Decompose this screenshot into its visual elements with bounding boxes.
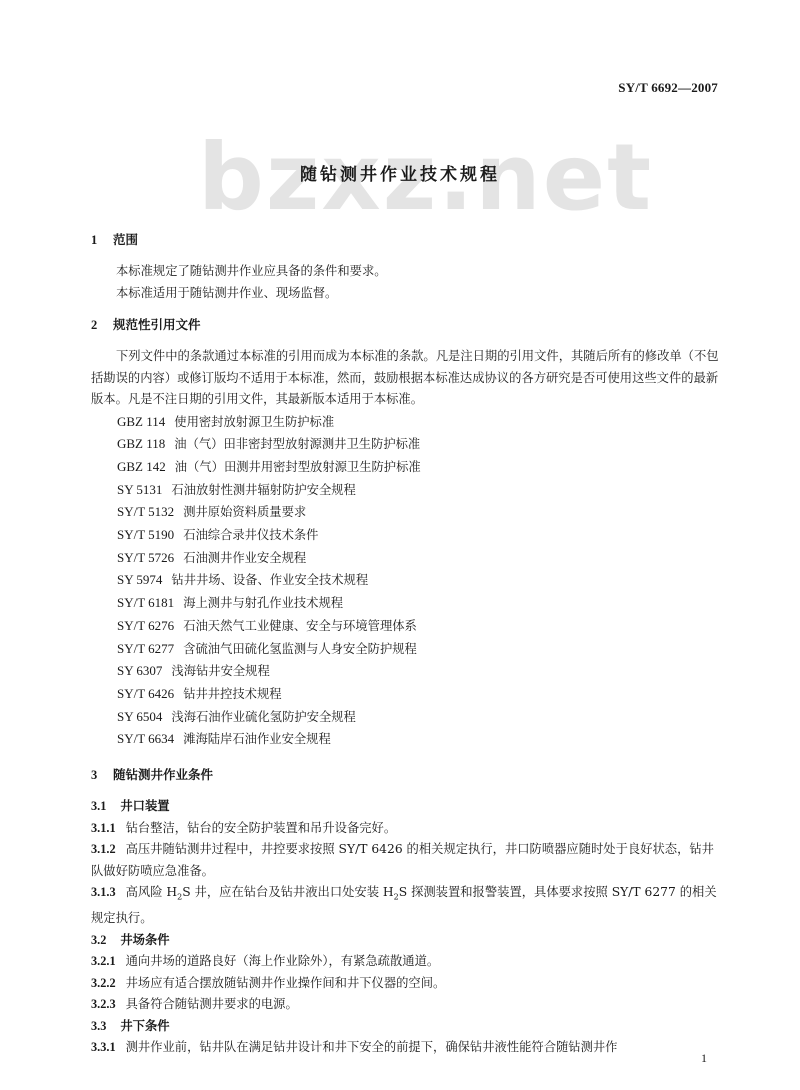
- reference-title: 浅海钻井安全规程: [171, 664, 269, 678]
- clause-text: 具备符合随钻测井要求的电源。: [126, 997, 298, 1011]
- reference-item: SY/T 6277含硫油气田硫化氢监测与人身安全防护规程: [117, 638, 721, 661]
- page-number: 1: [701, 1051, 707, 1066]
- clause: 3.3.1测井作业前，钻井队在满足钻井设计和井下安全的前提下，确保钻井液性能符合…: [91, 1037, 721, 1059]
- reference-code: SY 6504: [117, 706, 162, 728]
- reference-title: 石油测井作业安全规程: [183, 551, 306, 565]
- subsection-heading: 3.2井场条件: [91, 930, 721, 952]
- reference-title: 海上测井与射孔作业技术规程: [183, 596, 343, 610]
- clause-number: 3.1.2: [91, 842, 116, 856]
- subsection-number: 3.2: [91, 933, 106, 947]
- reference-code: SY/T 6634: [117, 728, 174, 750]
- reference-title: 石油综合录井仪技术条件: [183, 528, 318, 542]
- reference-code: GBZ 142: [117, 456, 166, 478]
- subsection-title: 井下条件: [120, 1019, 169, 1033]
- reference-code: SY 6307: [117, 660, 162, 682]
- reference-title: 测井原始资料质量要求: [183, 505, 306, 519]
- reference-title: 滩海陆岸石油作业安全规程: [183, 732, 331, 746]
- reference-item: SY 5131石油放射性测井辐射防护安全规程: [117, 479, 721, 502]
- clause-text: 高压井随钻测井过程中，井控要求按照 SY/T 6426 的相关规定执行，井口防喷…: [91, 842, 714, 878]
- reference-item: GBZ 118油（气）田非密封型放射源测井卫生防护标准: [117, 433, 721, 456]
- clause-text: S 井，应在钻台及钻井液出口处安装 H: [182, 885, 393, 899]
- clause-number: 3.1.1: [91, 821, 116, 835]
- reference-list: GBZ 114使用密封放射源卫生防护标准GBZ 118油（气）田非密封型放射源测…: [91, 411, 721, 752]
- document-title: 随钻测井作业技术规程: [0, 160, 800, 185]
- clause-number: 3.2.3: [91, 997, 116, 1011]
- section-heading: 1范围: [91, 228, 721, 252]
- reference-item: SY/T 6634滩海陆岸石油作业安全规程: [117, 728, 721, 751]
- reference-title: 使用密封放射源卫生防护标准: [174, 415, 334, 429]
- reference-code: SY/T 6277: [117, 638, 174, 660]
- reference-item: SY 6307浅海钻井安全规程: [117, 660, 721, 683]
- subsection-heading: 3.3井下条件: [91, 1016, 721, 1038]
- clause-text: 通向井场的道路良好（海上作业除外），有紧急疏散通道。: [126, 954, 440, 968]
- clause: 3.2.3具备符合随钻测井要求的电源。: [91, 994, 721, 1016]
- reference-code: SY/T 6426: [117, 683, 174, 705]
- paragraph: 本标准适用于随钻测井作业、现场监督。: [91, 283, 721, 305]
- document-body: 1范围 本标准规定了随钻测井作业应具备的条件和要求。 本标准适用于随钻测井作业、…: [91, 228, 721, 1059]
- clause-text: 测井作业前，钻井队在满足钻井设计和井下安全的前提下，确保钻井液性能符合随钻测井作: [126, 1040, 618, 1054]
- reference-item: SY/T 6181海上测井与射孔作业技术规程: [117, 592, 721, 615]
- reference-item: SY/T 6426钻井井控技术规程: [117, 683, 721, 706]
- clause: 3.2.2井场应有适合摆放随钻测井作业操作间和井下仪器的空间。: [91, 973, 721, 995]
- clause-text: 钻台整洁，钻台的安全防护装置和吊升设备完好。: [126, 821, 397, 835]
- reference-title: 钻井井控技术规程: [183, 687, 281, 701]
- section-heading: 2规范性引用文件: [91, 313, 721, 337]
- reference-title: 油（气）田非密封型放射源测井卫生防护标准: [174, 437, 420, 451]
- reference-item: SY 6504浅海石油作业硫化氢防护安全规程: [117, 706, 721, 729]
- clause: 3.1.3高风险 H2S 井，应在钻台及钻井液出口处安装 H2S 探测装置和报警…: [91, 882, 721, 929]
- reference-title: 油（气）田测井用密封型放射源卫生防护标准: [175, 460, 421, 474]
- reference-code: SY/T 6181: [117, 592, 174, 614]
- reference-title: 浅海石油作业硫化氢防护安全规程: [171, 710, 355, 724]
- reference-code: SY/T 5726: [117, 547, 174, 569]
- reference-item: SY/T 6276石油天然气工业健康、安全与环境管理体系: [117, 615, 721, 638]
- section-title: 规范性引用文件: [113, 317, 201, 332]
- reference-code: SY/T 6276: [117, 615, 174, 637]
- reference-code: SY 5131: [117, 479, 162, 501]
- clause-number: 3.2.1: [91, 954, 116, 968]
- section-number: 2: [91, 313, 113, 337]
- reference-title: 含硫油气田硫化氢监测与人身安全防护规程: [183, 642, 417, 656]
- reference-title: 石油天然气工业健康、安全与环境管理体系: [183, 619, 417, 633]
- clause: 3.1.1钻台整洁，钻台的安全防护装置和吊升设备完好。: [91, 818, 721, 840]
- clause-number: 3.2.2: [91, 976, 116, 990]
- reference-item: SY/T 5132测井原始资料质量要求: [117, 501, 721, 524]
- reference-code: SY/T 5132: [117, 501, 174, 523]
- reference-item: GBZ 142油（气）田测井用密封型放射源卫生防护标准: [117, 456, 721, 479]
- reference-item: SY/T 5726石油测井作业安全规程: [117, 547, 721, 570]
- reference-code: SY 5974: [117, 569, 162, 591]
- section-title: 范围: [113, 232, 138, 247]
- reference-code: GBZ 118: [117, 433, 165, 455]
- section-number: 3: [91, 763, 113, 787]
- subsection-title: 井场条件: [120, 933, 169, 947]
- clause: 3.1.2高压井随钻测井过程中，井控要求按照 SY/T 6426 的相关规定执行…: [91, 839, 721, 882]
- paragraph: 本标准规定了随钻测井作业应具备的条件和要求。: [91, 261, 721, 283]
- subsection-number: 3.1: [91, 799, 106, 813]
- clause-text: 井场应有适合摆放随钻测井作业操作间和井下仪器的空间。: [126, 976, 446, 990]
- reference-title: 钻井井场、设备、作业安全技术规程: [171, 573, 368, 587]
- section-title: 随钻测井作业条件: [113, 767, 213, 782]
- clause-number: 3.1.3: [91, 885, 116, 899]
- clause: 3.2.1通向井场的道路良好（海上作业除外），有紧急疏散通道。: [91, 951, 721, 973]
- subsection-number: 3.3: [91, 1019, 106, 1033]
- section-number: 1: [91, 228, 113, 252]
- reference-item: GBZ 114使用密封放射源卫生防护标准: [117, 411, 721, 434]
- clause-text: 高风险 H: [126, 885, 178, 899]
- clause-number: 3.3.1: [91, 1040, 116, 1054]
- standard-code: SY/T 6692—2007: [618, 80, 718, 96]
- reference-title: 石油放射性测井辐射防护安全规程: [171, 483, 355, 497]
- reference-code: SY/T 5190: [117, 524, 174, 546]
- section-heading: 3随钻测井作业条件: [91, 763, 721, 787]
- section-3-body: 3.1井口装置3.1.1钻台整洁，钻台的安全防护装置和吊升设备完好。3.1.2高…: [91, 796, 721, 1058]
- subsection-title: 井口装置: [120, 799, 169, 813]
- subsection-heading: 3.1井口装置: [91, 796, 721, 818]
- paragraph: 下列文件中的条款通过本标准的引用而成为本标准的条款。凡是注日期的引用文件，其随后…: [91, 346, 721, 411]
- reference-item: SY 5974钻井井场、设备、作业安全技术规程: [117, 569, 721, 592]
- reference-code: GBZ 114: [117, 411, 165, 433]
- reference-item: SY/T 5190石油综合录井仪技术条件: [117, 524, 721, 547]
